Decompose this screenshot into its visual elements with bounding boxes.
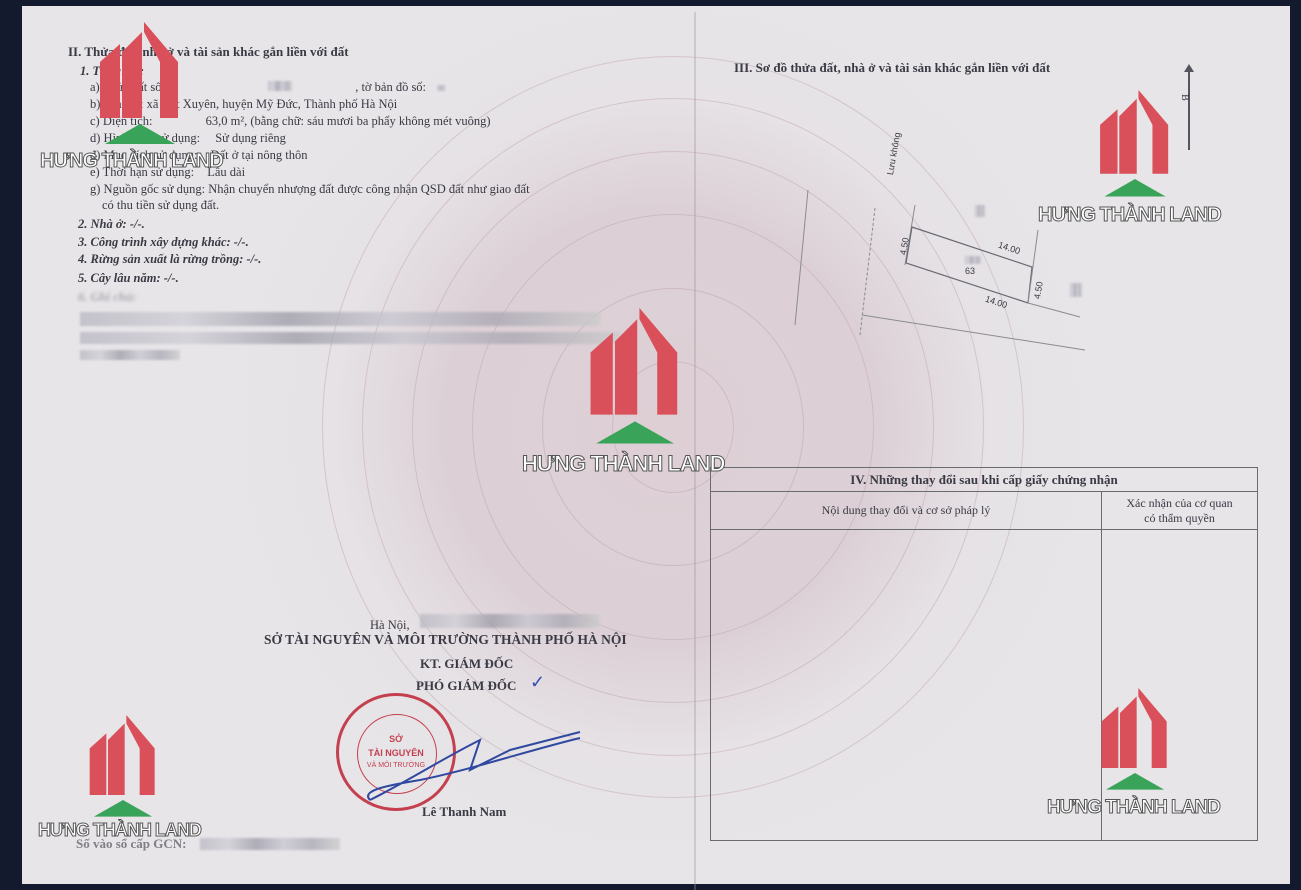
redacted-register-number [200, 838, 340, 850]
signature [350, 720, 600, 810]
section-iii-title: III. Sơ đồ thửa đất, nhà ở và tài sản kh… [734, 60, 1050, 76]
redacted-notes-line-3 [80, 350, 180, 360]
item-origin-continued: có thu tiền sử dụng đất. [102, 198, 219, 213]
item-planted-forest: 4. Rừng sản xuất là rừng trồng: -/-. [78, 252, 261, 267]
watermark-logo-icon [100, 22, 180, 148]
item-origin: g) Nguồn gốc sử dụng: Nhận chuyển nhượng… [90, 182, 530, 197]
watermark-text: HƯNG THÀNH LAND [522, 451, 724, 477]
item-perennial-trees: 5. Cây lâu năm: -/-. [78, 271, 179, 286]
changes-col-confirmation-header: Xác nhận của cơ quan có thẩm quyền [1102, 492, 1258, 530]
watermark-text: HƯNG THÀNH LAND [1047, 797, 1220, 819]
plot-area-label: 63 [965, 266, 975, 276]
redacted-notes-line-2 [80, 332, 620, 344]
north-arrow-head-icon [1184, 64, 1194, 72]
parcel-id-redacted [965, 256, 981, 264]
item-other-construction: 3. Công trình xây dựng khác: -/-. [78, 235, 249, 250]
place-date: Hà Nội, [370, 618, 410, 633]
redacted-date [420, 614, 600, 628]
redacted-neighbor-2 [1070, 283, 1082, 297]
north-arrow [1188, 68, 1190, 150]
redacted-notes-line-1 [80, 312, 600, 326]
item-notes: 6. Ghi chú: [78, 290, 137, 305]
watermark-text: HƯNG THÀNH LAND [1038, 204, 1221, 227]
watermark-text: HƯNG THÀNH LAND [40, 150, 223, 173]
watermark-logo-icon [1095, 90, 1175, 200]
redacted-neighbor-1 [975, 205, 985, 217]
changes-confirmation-cell [1102, 530, 1258, 841]
changes-col-content-header: Nội dung thay đổi và cơ sở pháp lý [711, 492, 1102, 530]
kt-director: KT. GIÁM ĐỐC [420, 656, 513, 672]
watermark-logo-icon [88, 715, 158, 820]
changes-table-title: IV. Những thay đổi sau khi cấp giấy chứn… [711, 468, 1258, 492]
watermark-logo-icon [580, 308, 690, 448]
watermark-text: HƯNG THÀNH LAND [38, 820, 201, 841]
issuing-authority: SỞ TÀI NGUYÊN VÀ MÔI TRƯỜNG THÀNH PHỐ HÀ… [264, 632, 627, 648]
north-label: B [1179, 94, 1190, 101]
changes-content-cell [711, 530, 1102, 841]
changes-table: IV. Những thay đổi sau khi cấp giấy chứn… [710, 467, 1258, 841]
checkmark-icon: ✓ [530, 672, 545, 693]
watermark-logo-icon [1100, 688, 1170, 793]
item-house: 2. Nhà ở: -/-. [78, 217, 145, 232]
deputy-director: PHÓ GIÁM ĐỐC [416, 678, 516, 694]
signer-name: Lê Thanh Nam [422, 804, 506, 820]
plot-diagram [790, 160, 1100, 360]
